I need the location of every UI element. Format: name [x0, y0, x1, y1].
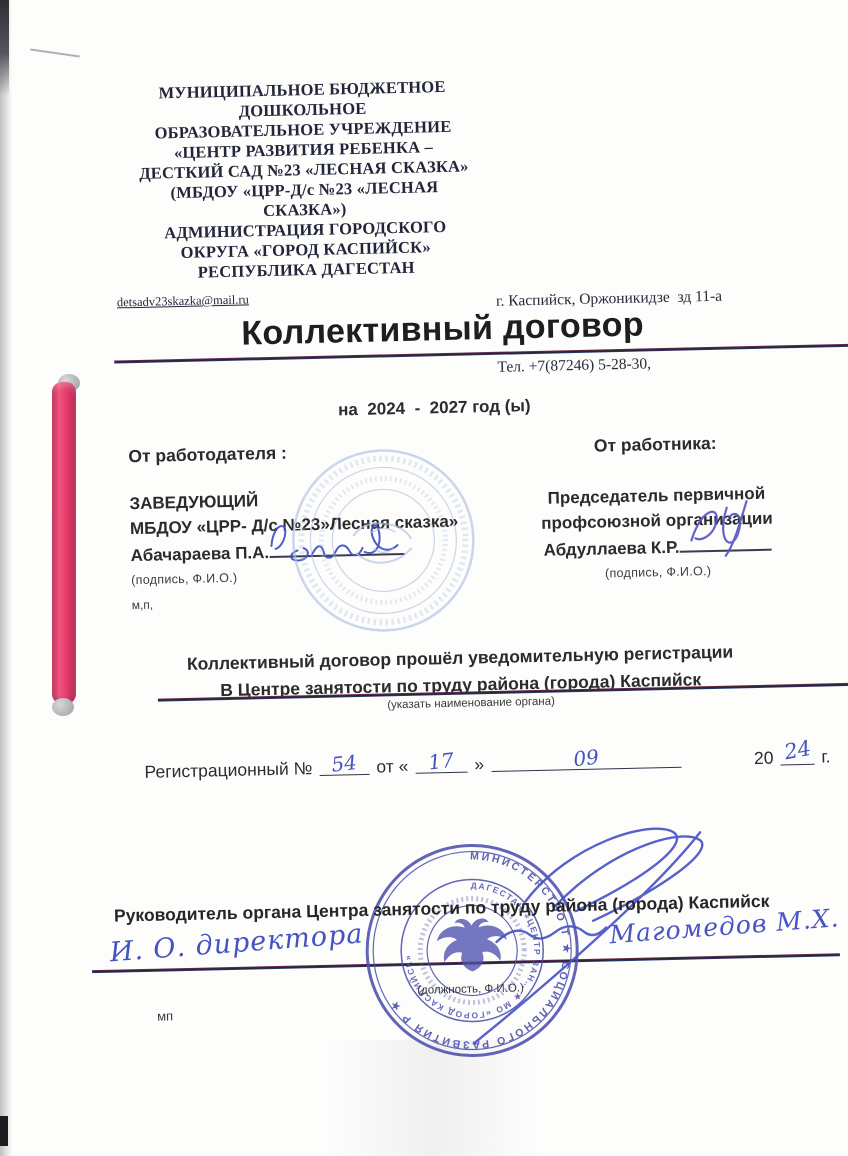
employer-name: Абачараева П.А.: [130, 543, 269, 565]
employee-heading: От работника:: [505, 431, 805, 459]
agreement-period: на 2024 - 2027 год (ы): [29, 389, 839, 427]
registration-close-quote: »: [474, 754, 484, 775]
employer-signature-line: [269, 535, 404, 558]
ribbon-body: [52, 382, 76, 704]
svg-text:МИНИСТЕРСТВО Т ★ СОЦИАЛЬНОГО Р: МИНИСТЕРСТВО Т ★ СОЦИАЛЬНОГО РАЗВИТИЯ Р …: [384, 848, 575, 1052]
registration-number-line: Регистрационный № 54 от « 17 » 09 20 24 …: [144, 743, 831, 783]
phone-line: Тел. +7(87246) 5-28-30,: [497, 352, 724, 379]
scanned-collective-agreement-page: МУНИЦИПАЛЬНОЕ БЮДЖЕТНОЕ ДОШКОЛЬНОЕ ОБРАЗ…: [0, 0, 848, 1156]
document-content: МУНИЦИПАЛЬНОЕ БЮДЖЕТНОЕ ДОШКОЛЬНОЕ ОБРАЗ…: [0, 0, 848, 1156]
email-address: detsadv23skazka@mail.ru: [117, 292, 249, 310]
registration-ot-label: от «: [376, 756, 408, 778]
registration-month-handwritten: 09: [572, 745, 600, 772]
registration-number-handwritten: 54: [330, 750, 358, 777]
registry-stamp-outer-text: МИНИСТЕРСТВО Т ★ СОЦИАЛЬНОГО РАЗВИТИЯ Р …: [384, 848, 575, 1052]
approval-seal-note: мп: [157, 1008, 173, 1023]
registration-year-slot: 24: [780, 744, 814, 766]
registration-year-suffix: г.: [821, 746, 831, 767]
registration-year-prefix: 20: [754, 748, 774, 769]
registration-number-label: Регистрационный №: [144, 758, 312, 783]
employer-signature-block: ЗАВЕДУЮЩИЙ МБДОУ «ЦРР- Д/с №23»Лесная ск…: [129, 484, 460, 618]
registration-year-handwritten: 24: [782, 736, 813, 764]
scan-corner-mark-bottom-left: [0, 1116, 8, 1146]
registry-round-stamp: МИНИСТЕРСТВО Т ★ СОЦИАЛЬНОГО РАЗВИТИЯ Р …: [318, 801, 754, 1091]
registration-number-slot: 54: [319, 754, 369, 776]
registration-day-slot: 17: [415, 752, 467, 774]
employee-signature-line: [679, 531, 771, 553]
employee-name: Абдуллаева К.Р.: [543, 538, 679, 560]
organization-header: МУНИЦИПАЛЬНОЕ БЮДЖЕТНОЕ ДОШКОЛЬНОЕ ОБРАЗ…: [117, 76, 491, 284]
approval-caption: (должность, Ф.И.О.): [365, 981, 575, 998]
employee-signature-block: Председатель первичной профсоюзной орган…: [506, 480, 808, 589]
registration-day-handwritten: 17: [427, 748, 455, 775]
binding-ribbon: [50, 374, 80, 714]
registration-month-slot: 09: [491, 747, 681, 772]
ribbon-seal-cap-bottom: [52, 698, 74, 716]
employer-heading: От работодателя :: [128, 443, 287, 468]
